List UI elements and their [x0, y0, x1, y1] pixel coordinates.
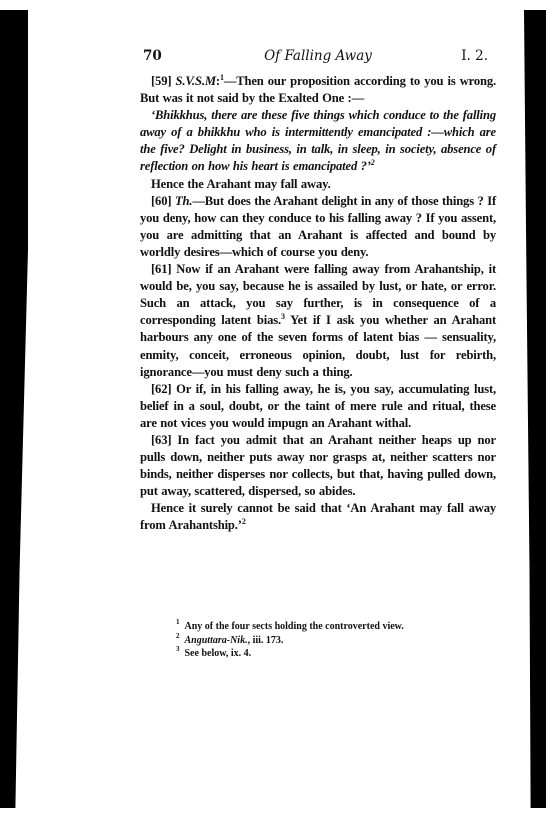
footnote-ref[interactable]: 2	[371, 158, 375, 167]
footnote-3: 3See below, ix. 4.	[176, 647, 404, 661]
section-number: I. 2.	[461, 46, 488, 66]
paragraph-hence-1: Hence the Arahant may fall away.	[140, 176, 496, 193]
running-head: 70 Of Falling Away I. 2.	[140, 46, 496, 66]
paragraph-60: [60] Th.—But does the Arahant delight in…	[140, 193, 496, 261]
body-text: [59] S.V.S.M:1—Then our proposition acco…	[140, 73, 496, 535]
footnote-mark: 2	[176, 632, 180, 640]
paragraph-61: [61] Now if an Arahant were falling away…	[140, 261, 496, 381]
book-binding-shadow-left	[0, 10, 28, 808]
paragraph-59: [59] S.V.S.M:1—Then our proposition acco…	[140, 73, 496, 107]
book-binding-shadow-right	[524, 10, 546, 808]
footnote-2: 2Anguttara-Nik., iii. 173.	[176, 634, 404, 648]
running-title: Of Falling Away	[140, 46, 496, 66]
footnote-1: 1Any of the four sects holding the contr…	[176, 620, 404, 634]
paragraph-63: [63] In fact you admit that an Arahant n…	[140, 432, 496, 500]
footnote-mark: 1	[176, 618, 180, 626]
footnote-mark: 3	[176, 645, 180, 653]
footnotes: 1Any of the four sects holding the contr…	[176, 620, 404, 661]
paragraph-62: [62] Or if, in his falling away, he is, …	[140, 381, 496, 432]
paragraph-hence-2: Hence it surely cannot be said that ‘An …	[140, 500, 496, 534]
footnote-ref[interactable]: 2	[242, 517, 246, 526]
book-page: 70 Of Falling Away I. 2. [59] S.V.S.M:1—…	[140, 46, 496, 535]
quotation: ‘Bhikkhus, there are these five things w…	[140, 107, 496, 175]
